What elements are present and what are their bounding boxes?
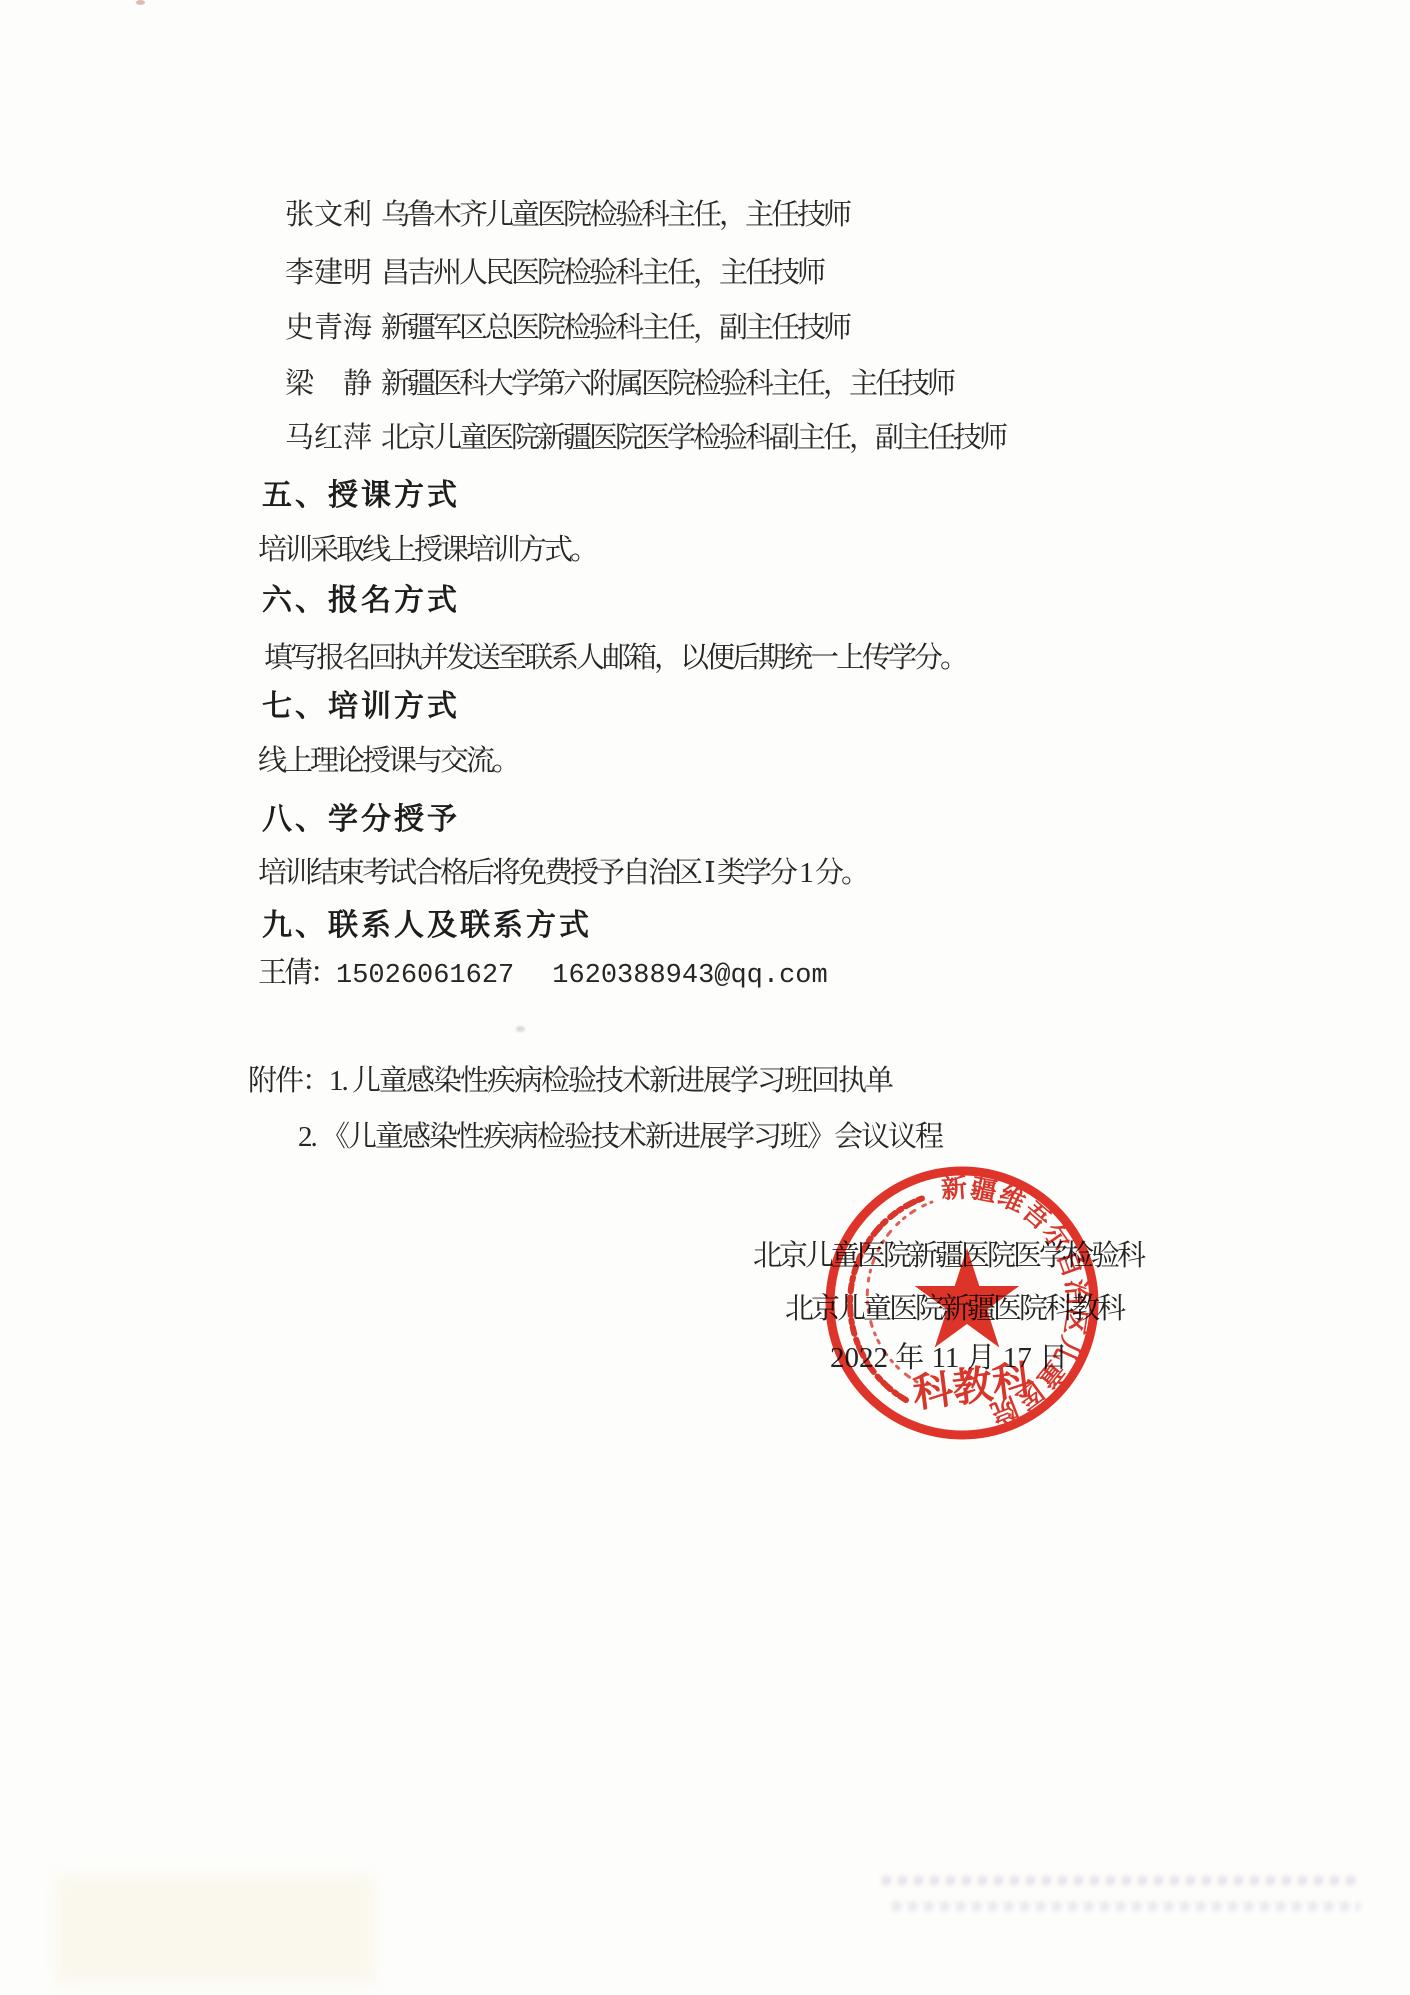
contact-email: 1620388943@qq.com <box>552 961 827 991</box>
section-heading-5: 五、授课方式 <box>262 477 460 515</box>
faculty-row: 马红萍 北京儿童医院新疆医院医学检验科副主任，副主任技师 <box>285 419 1005 457</box>
faculty-name: 马红萍 <box>285 419 381 457</box>
faculty-desc: 新疆军区总医院检验科主任，副主任技师 <box>381 309 849 347</box>
section-body-5: 培训采取线上授课培训方式。 <box>258 531 596 569</box>
ink-bleed-through <box>882 1876 1360 1885</box>
scan-speck <box>136 0 145 5</box>
scan-speck <box>516 1026 525 1032</box>
section-heading-9: 九、联系人及联系方式 <box>262 907 592 945</box>
contact-line: 王倩：150260616271620388943@qq.com <box>258 954 828 995</box>
contact-name: 王倩： <box>258 957 336 989</box>
attachment-line-1: 附件：1. 儿童感染性疾病检验技术新进展学习班回执单 <box>248 1062 892 1100</box>
official-seal-stamp: 新疆维吾尔自治区儿童医院 科教科 <box>810 1150 1114 1454</box>
faculty-desc: 昌吉州人民医院检验科主任，主任技师 <box>381 254 823 292</box>
section-heading-6: 六、报名方式 <box>262 582 460 620</box>
section-body-8: 培训结束考试合格后将免费授予自治区 Ⅰ 类学分 1 分。 <box>258 854 867 892</box>
ink-bleed-through <box>892 1902 1360 1911</box>
attachment-label: 附件： <box>248 1065 329 1097</box>
faculty-name: 李建明 <box>285 254 381 292</box>
section-body-6: 填写报名回执并发送至联系人邮箱，以便后期统一上传学分。 <box>264 639 966 677</box>
faculty-row: 梁 静 新疆医科大学第六附属医院检验科主任，主任技师 <box>285 365 953 403</box>
section-body-7: 线上理论授课与交流。 <box>258 742 518 780</box>
faculty-desc: 乌鲁木齐儿童医院检验科主任，主任技师 <box>381 196 849 234</box>
attachment-item-1: 1. 儿童感染性疾病检验技术新进展学习班回执单 <box>329 1065 892 1097</box>
section-heading-7: 七、培训方式 <box>262 688 460 726</box>
contact-phone: 15026061627 <box>336 961 514 991</box>
faculty-row: 李建明 昌吉州人民医院检验科主任，主任技师 <box>285 254 823 292</box>
faculty-desc: 北京儿童医院新疆医院医学检验科副主任，副主任技师 <box>381 419 1005 457</box>
faculty-name: 梁 静 <box>285 365 381 403</box>
uyghur-script-arc <box>850 1198 924 1400</box>
faculty-row: 史青海 新疆军区总医院检验科主任，副主任技师 <box>285 309 849 347</box>
scan-smudge <box>55 1875 375 1985</box>
faculty-row: 张文利 乌鲁木齐儿童医院检验科主任，主任技师 <box>285 196 849 234</box>
section-heading-8: 八、学分授予 <box>262 801 460 839</box>
red-star-icon <box>915 1248 1020 1348</box>
faculty-name: 张文利 <box>285 196 381 234</box>
faculty-name: 史青海 <box>285 309 381 347</box>
faculty-desc: 新疆医科大学第六附属医院检验科主任，主任技师 <box>381 365 953 403</box>
scanned-document-page: 张文利 乌鲁木齐儿童医院检验科主任，主任技师 李建明 昌吉州人民医院检验科主任，… <box>0 0 1410 1995</box>
